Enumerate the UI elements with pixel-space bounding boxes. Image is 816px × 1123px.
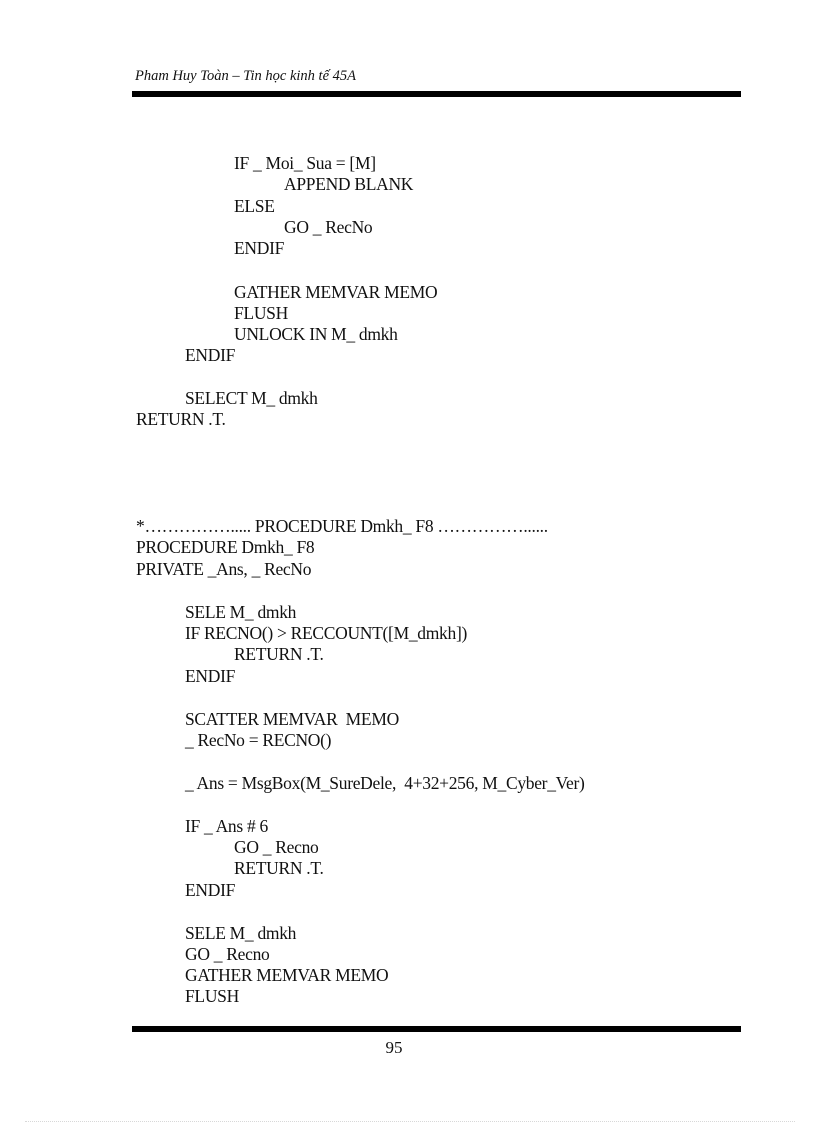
code-line: ENDIF [185,880,235,901]
procedure-comment-line: *……………..... PROCEDURE Dmkh_ F8 ……………....… [136,516,548,537]
code-line: GO _ Recno [234,837,318,858]
code-line: ELSE [234,196,275,217]
code-line: ENDIF [185,345,235,366]
code-line: ENDIF [185,666,235,687]
code-line: RETURN .T. [234,644,324,665]
code-line: _ Ans = MsgBox(M_SureDele, 4+32+256, M_C… [185,773,585,794]
header-rule [132,91,741,97]
code-line: IF _ Ans # 6 [185,816,268,837]
code-line: SELECT M_ dmkh [185,388,318,409]
running-header: Pham Huy Toàn – Tin học kinh tế 45A [135,68,356,85]
code-line: FLUSH [185,986,239,1007]
code-line: RETURN .T. [234,858,324,879]
code-line: SELE M_ dmkh [185,923,296,944]
code-line: SELE M_ dmkh [185,602,296,623]
code-line: IF RECNO() > RECCOUNT([M_dmkh]) [185,623,467,644]
code-line: UNLOCK IN M_ dmkh [234,324,398,345]
code-line: GO _ RecNo [284,217,372,238]
code-line: GATHER MEMVAR MEMO [234,282,437,303]
code-line: GATHER MEMVAR MEMO [185,965,388,986]
code-line: IF _ Moi_ Sua = [M] [234,153,376,174]
code-line: PRIVATE _Ans, _ RecNo [136,559,311,580]
code-line: FLUSH [234,303,288,324]
code-line: _ RecNo = RECNO() [185,730,331,751]
page-number-text: 95 [386,1038,403,1057]
code-line: SCATTER MEMVAR MEMO [185,709,399,730]
page-number: 95 [0,1038,816,1058]
code-line: GO _ Recno [185,944,269,965]
code-line: RETURN .T. [136,409,226,430]
code-line: APPEND BLANK [284,174,413,195]
footer-rule [132,1026,741,1032]
code-line: ENDIF [234,238,284,259]
procedure-declaration: PROCEDURE Dmkh_ F8 [136,537,314,558]
